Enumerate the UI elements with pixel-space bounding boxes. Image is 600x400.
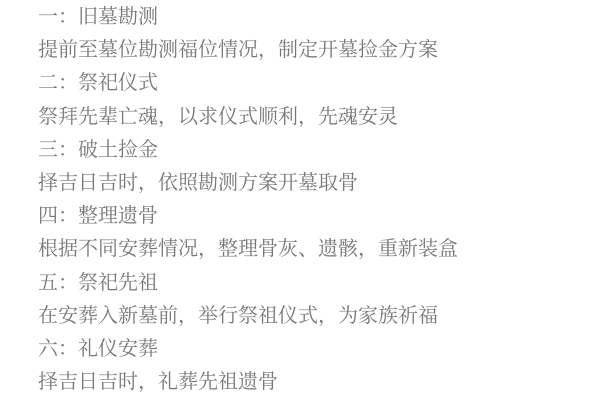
step-2: 二：祭祀仪式 祭拜先辈亡魂，以求仪式顺利，先魂安灵 [38,66,598,132]
step-heading: 五：祭祀先祖 [38,266,598,299]
step-3: 三：破土捡金 择吉日吉时，依照勘测方案开墓取骨 [38,133,598,199]
step-5: 五：祭祀先祖 在安葬入新墓前，举行祭祖仪式，为家族祈福 [38,266,598,332]
step-1: 一：旧墓勘测 提前至墓位勘测福位情况，制定开墓捡金方案 [38,0,598,66]
step-4: 四：整理遗骨 根据不同安葬情况，整理骨灰、遗骸，重新装盒 [38,199,598,265]
step-heading: 六：礼仪安葬 [38,332,598,365]
step-heading: 四：整理遗骨 [38,199,598,232]
step-description: 择吉日吉时，礼葬先祖遗骨 [38,365,598,398]
step-description: 祭拜先辈亡魂，以求仪式顺利，先魂安灵 [38,100,598,133]
step-description: 根据不同安葬情况，整理骨灰、遗骸，重新装盒 [38,232,598,265]
step-description: 在安葬入新墓前，举行祭祖仪式，为家族祈福 [38,299,598,332]
step-6: 六：礼仪安葬 择吉日吉时，礼葬先祖遗骨 [38,332,598,398]
step-heading: 一：旧墓勘测 [38,0,598,33]
step-heading: 三：破土捡金 [38,133,598,166]
procedure-document: 一：旧墓勘测 提前至墓位勘测福位情况，制定开墓捡金方案 二：祭祀仪式 祭拜先辈亡… [38,0,598,398]
step-heading: 二：祭祀仪式 [38,66,598,99]
step-description: 择吉日吉时，依照勘测方案开墓取骨 [38,166,598,199]
step-description: 提前至墓位勘测福位情况，制定开墓捡金方案 [38,33,598,66]
